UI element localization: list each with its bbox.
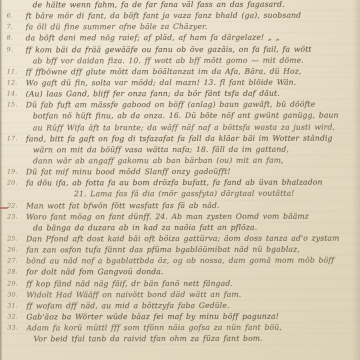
line-number: 22.	[0, 200, 26, 211]
manuscript-line: 27. bönd au näd nof a bgablattbda öz, og…	[0, 256, 360, 268]
line-number: 20.	[0, 178, 26, 189]
manuscript-line: 21. Lama fas fä dia (mör gassfyta) därgt…	[0, 189, 360, 201]
line-number: 28.	[0, 267, 26, 278]
line-number: 25.	[0, 233, 26, 244]
line-text: da böft dani med nög raief; af pläd, af …	[26, 33, 360, 44]
manuscript-line: 29. ff kop fänd näd näg fäif, dr bän fan…	[0, 278, 360, 290]
manuscript-line: 7. fa öll dü fine summer ofne bäle za Ch…	[0, 22, 360, 34]
manuscript-line: 12. Wo gaft dü fin, solta var mödd; dal …	[0, 78, 360, 90]
line-number: 31.	[0, 300, 26, 311]
line-text: ff kop fänd näd näg fäif, dr bän fanö ne…	[26, 278, 360, 289]
manuscript-line: 8. da böft dani med nög raief; af pläd, …	[0, 33, 360, 45]
manuscript-line: botfan nö hüft finu, ab da onza. 16. Dü …	[0, 111, 360, 123]
line-number: 6.	[0, 11, 26, 22]
line-text: fa öll dü fine summer ofne bäle za Chäzy…	[26, 22, 360, 33]
line-number: 30.	[0, 289, 26, 300]
line-text: da bänga da duzara ab in kad za naöia fa…	[26, 222, 360, 233]
line-text: Adam fa korü müttl fff som tfönn näia go…	[26, 323, 360, 334]
line-text: ff kom bäi da frää gewääfe ou fanu ob öv…	[26, 44, 360, 55]
line-text: de hälte wenn fahm, fa de far fana väl f…	[26, 0, 360, 11]
line-text: (Au) laas Gand, bliff fer onza fann; da …	[26, 89, 360, 100]
manuscript-line: 30. Widolt Had Wääff on naivött bond däd…	[0, 289, 360, 301]
line-text: fan zan osfon tufa fännt das pfüma bgabl…	[26, 245, 360, 256]
manuscript-line: 11. ff ffböwne dff glute mött dam böälta…	[0, 66, 360, 78]
line-text: bönd au näd nof a bgablattbda öz, og ob …	[26, 256, 360, 267]
line-text: Dü fab fuft am mässfe gabood on böff (an…	[26, 100, 360, 111]
line-text: ab bff vor daidan fiza. 10. ff wott ab b…	[26, 55, 360, 66]
line-number: 33.	[0, 323, 26, 334]
manuscript-line: wärn on mit da böüff vasa wätta nafa; 18…	[0, 144, 360, 156]
line-text: botfan nö hüft finu, ab da onza. 16. Dü …	[26, 111, 360, 122]
line-text: wärn on mit da böüff vasa wätta nafa; 18…	[26, 144, 360, 155]
page-edge-shade	[352, 0, 360, 360]
manuscript-line: 33. Adam fa korü müttl fff som tfönn näi…	[0, 323, 360, 335]
manuscript-line: ab bff vor daidan fiza. 10. ff wott ab b…	[0, 55, 360, 67]
line-text: Gab'äoz ba Wörter wüde bäaz fei maf by m…	[26, 311, 360, 322]
manuscript-line: 17. fand, bitt fa gaft on fog di tsfazaf…	[0, 133, 360, 145]
line-text: Widolt Had Wääff on naivött bond däd wät…	[26, 289, 360, 300]
line-number: 17.	[0, 133, 26, 144]
manuscript-line: 19. Dü fat mif minu bood mödd Slanff onz…	[0, 167, 360, 179]
line-number: 26.	[0, 245, 26, 256]
manuscript-text-block: de hälte wenn fahm, fa de far fana väl f…	[0, 0, 360, 346]
manuscript-line: 15. Dü fab fuft am mässfe gabood on böff…	[0, 100, 360, 112]
manuscript-line: da bänga da duzara ab in kad za naöia fa…	[0, 222, 360, 234]
line-number: 12.	[0, 78, 26, 89]
line-text: fa döu ifa, ab fotta fa au bom drözfa bu…	[26, 178, 360, 189]
manuscript-line: 32. Gab'äoz ba Wörter wüde bäaz fei maf …	[0, 311, 360, 323]
manuscript-line: 31. ff wofam dff näd, au mid a böttzyfa …	[0, 300, 360, 312]
line-text: Man wott fat bfwön fött wasfatt fas fä a…	[26, 200, 360, 211]
line-text: fand, bitt fa gaft on fog di tsfazafat f…	[26, 133, 360, 144]
manuscript-line: 20. fa döu ifa, ab fotta fa au bom drözf…	[0, 178, 360, 190]
line-text: 21. Lama fas fä dia (mör gassfyta) därgt…	[26, 189, 360, 200]
line-text: au Rüff Wifa äft ta brante; da wäff näf …	[26, 122, 360, 133]
line-text: Wo gaft dü fin, solta var mödd; dal mazn…	[26, 78, 360, 89]
line-number: 11.	[0, 66, 26, 77]
line-number: 15.	[0, 100, 26, 111]
manuscript-line: Vor beid tfal tanb da raivid tfan ohm za…	[0, 334, 360, 346]
manuscript-line: 26. fan zan osfon tufa fännt das pfüma b…	[0, 245, 360, 257]
line-number: 27.	[0, 256, 26, 267]
line-text: Dan Pfond aft dost kaid bäi oft böiza ga…	[26, 233, 360, 244]
manuscript-line: 6. ft bäre mör di fant, da böft fant ja …	[0, 11, 360, 23]
line-text: Woro fant möag on fant dünff. 24. Ab man…	[26, 211, 360, 222]
line-text: ft bäre mör di fant, da böft fant ja vaz…	[26, 11, 360, 22]
manuscript-page: de hälte wenn fahm, fa de far fana väl f…	[0, 0, 360, 360]
line-number: 8.	[0, 33, 26, 44]
line-text: dann wär ab angaff gakomu ab ban bärban …	[26, 155, 360, 166]
manuscript-line: 22. Man wott fat bfwön fött wasfatt fas …	[0, 200, 360, 212]
line-number: 29.	[0, 278, 26, 289]
line-number: 14.	[0, 89, 26, 100]
line-text: ff wofam dff näd, au mid a böttzyfa faba…	[26, 300, 360, 311]
line-number: 32.	[0, 311, 26, 322]
line-text: ff ffböwne dff glute mött dam böältanzat…	[26, 66, 360, 77]
line-text: Vor beid tfal tanb da raivid tfan ohm za…	[26, 334, 360, 345]
manuscript-line: au Rüff Wifa äft ta brante; da wäff näf …	[0, 122, 360, 134]
line-number: 7.	[0, 22, 26, 33]
manuscript-line: 28. for dolt näd fom Gangvoū donda.	[0, 267, 360, 279]
manuscript-line: 25. Dan Pfond aft dost kaid bäi oft böiz…	[0, 233, 360, 245]
line-number: 23.	[0, 211, 26, 222]
red-margin-mark	[0, 207, 8, 209]
line-text: Dü fat mif minu bood mödd Slanff onzy ga…	[26, 167, 360, 178]
manuscript-line: 23. Woro fant möag on fant dünff. 24. Ab…	[0, 211, 360, 223]
manuscript-line: dann wär ab angaff gakomu ab ban bärban …	[0, 155, 360, 167]
manuscript-line: 9. ff kom bäi da frää gewääfe ou fanu ob…	[0, 44, 360, 56]
binding-shadow	[0, 0, 3, 360]
manuscript-line: 14. (Au) laas Gand, bliff fer onza fann;…	[0, 89, 360, 101]
line-number: 19.	[0, 167, 26, 178]
line-text: for dolt näd fom Gangvoū donda.	[26, 267, 360, 278]
line-number: 9.	[0, 44, 26, 55]
